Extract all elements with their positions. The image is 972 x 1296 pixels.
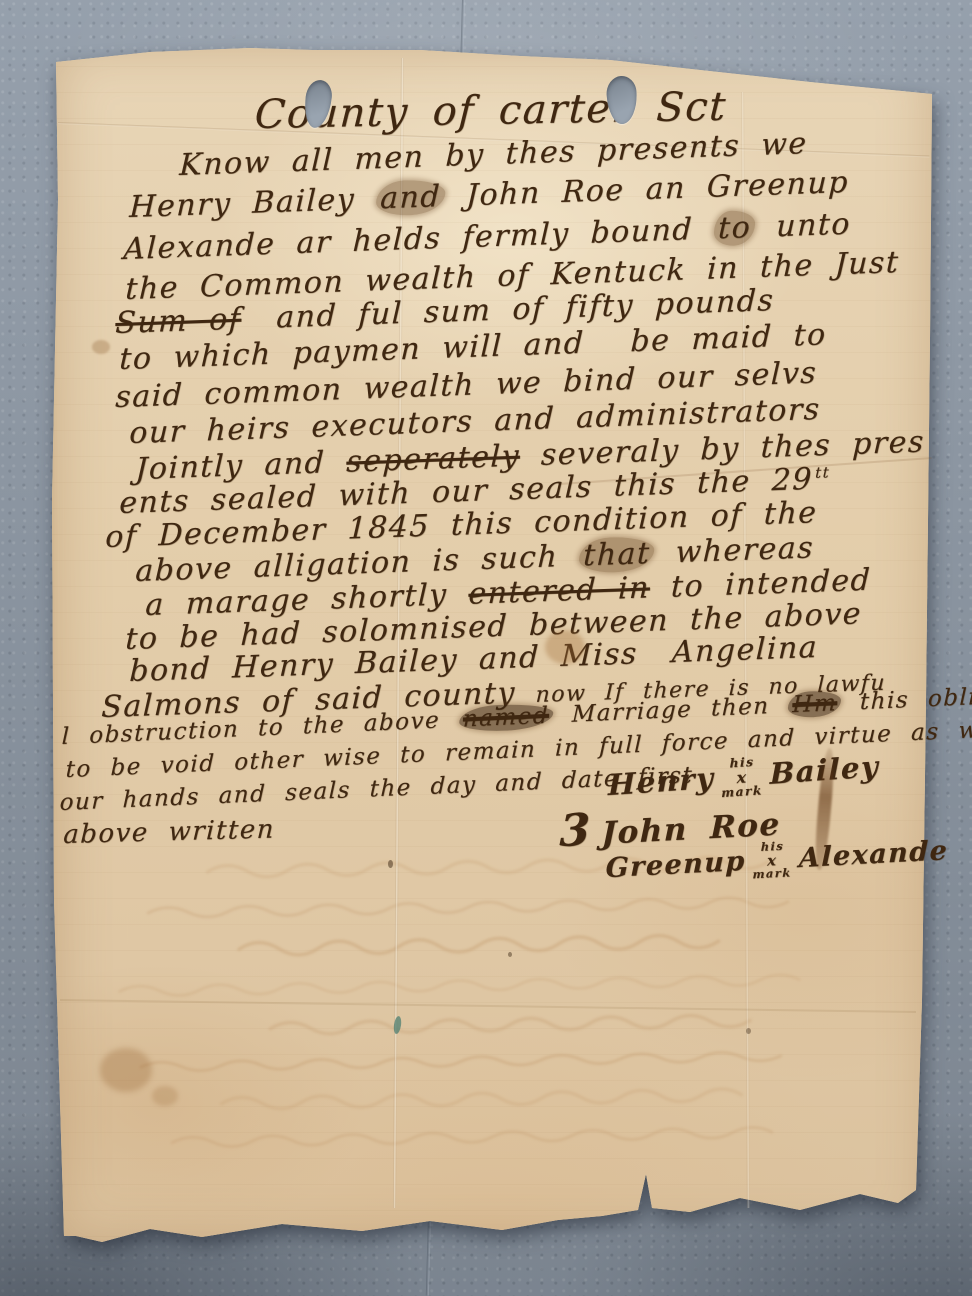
- handwriting-layer: County of carter SctKnow all men by thes…: [0, 0, 972, 1296]
- photo-background: County of carter SctKnow all men by thes…: [0, 0, 972, 1296]
- his-mark-annotation: hisxmark: [752, 840, 792, 881]
- handwritten-line: above written: [63, 814, 276, 850]
- his-mark-annotation: hisxmark: [721, 755, 763, 800]
